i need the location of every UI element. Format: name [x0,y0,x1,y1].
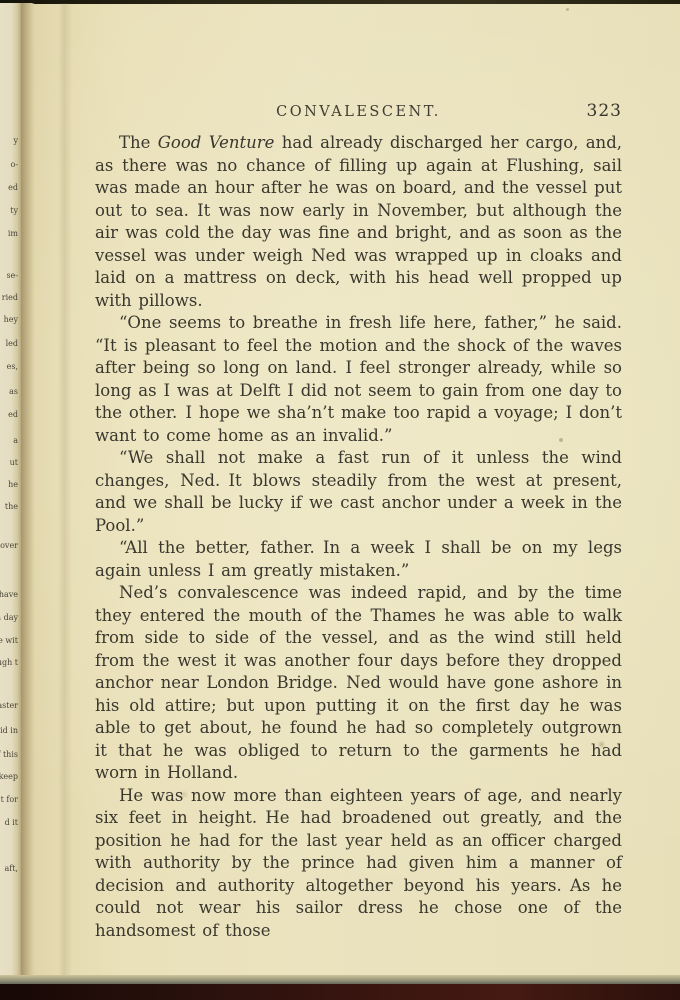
edge-text-fragment: hey [4,315,18,324]
paragraph-1-rest: had already discharged her cargo, and, a… [95,133,622,310]
page-gutter-shadow [21,3,35,977]
running-head: CONVALESCENT. 323 [95,98,622,132]
edge-text-fragment: Master [0,701,18,710]
edge-text-fragment: a [13,436,18,445]
edge-text-fragment: keep [0,772,18,781]
book-page: CONVALESCENT. 323 The Good Venture had a… [95,98,622,942]
running-header-title: CONVALESCENT. [95,104,622,120]
edge-text-fragment: es, [7,362,18,371]
edge-text-fragment: aid in [0,726,18,735]
ship-name-italic: Good Venture [158,133,275,152]
edge-text-fragment: he [8,480,18,489]
edge-text-fragment: y [13,136,18,145]
edge-fragments: yo-edtyimse-riedheyledes,asedauthethel o… [0,3,21,977]
page-number: 323 [587,101,622,121]
edge-text-fragment: ed [8,410,18,419]
edge-text-fragment: d it [5,818,18,827]
paragraph-4: “All the better, father. In a week I sha… [95,537,622,582]
page-fold-crease [58,3,72,977]
edge-text-fragment: o- [10,160,18,169]
edge-text-fragment: led [6,339,18,348]
body-text: The Good Venture had already discharged … [95,132,622,942]
edge-text-fragment: ough t [0,658,18,667]
edge-text-fragment: f this [0,750,18,759]
edge-text-fragment: the [5,502,18,511]
edge-text-fragment: im [8,229,18,238]
edge-text-fragment: as [9,387,18,396]
edge-text-fragment: ty [10,206,18,215]
edge-text-fragment: ’t for [0,795,18,804]
paragraph-1: The Good Venture had already discharged … [95,132,622,312]
photo-bottom-dark-strip [0,984,680,1000]
photo-top-dark-strip [0,0,680,4]
edge-text-fragment: ut [10,458,18,467]
previous-page-edge: yo-edtyimse-riedheyledes,asedauthethel o… [0,3,21,977]
paragraph-3: “We shall not make a fast run of it unle… [95,447,622,537]
edge-text-fragment: l over [0,541,18,550]
edge-text-fragment: ried [2,293,18,302]
book-scan: yo-edtyimse-riedheyledes,asedauthethel o… [0,0,680,1000]
edge-text-fragment: I have [0,590,18,599]
paragraph-5: Ned’s convalescence was indeed rapid, an… [95,582,622,785]
paragraph-1-pre: The [119,133,158,152]
paper-stain [566,8,569,11]
edge-text-fragment: ed [8,183,18,192]
edge-text-fragment: t a day [0,613,18,622]
edge-text-fragment: ne wit [0,636,18,645]
paragraph-6: He was now more than eighteen years of a… [95,785,622,943]
edge-text-fragment: aft, [5,864,19,873]
edge-text-fragment: se- [6,271,18,280]
paragraph-2: “One seems to breathe in fresh life here… [95,312,622,447]
